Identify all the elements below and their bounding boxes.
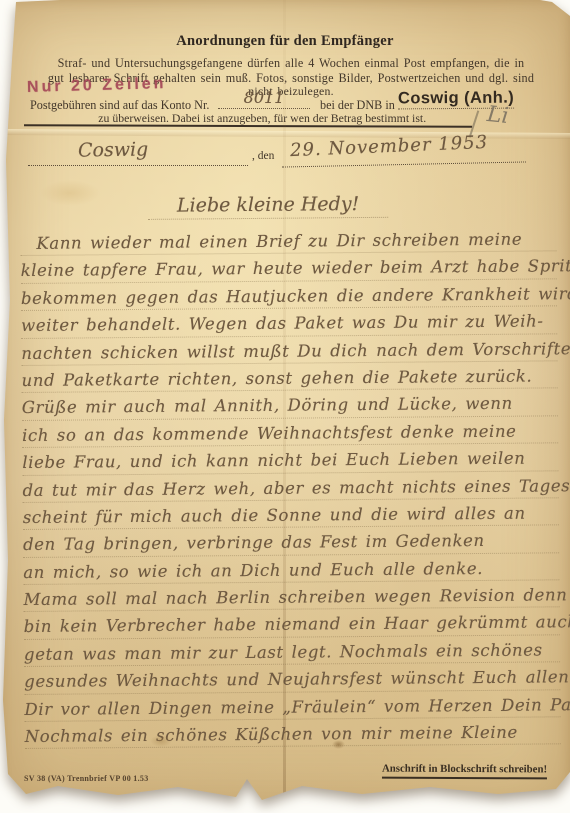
paper-stain bbox=[332, 740, 345, 749]
handwritten-line: gesundes Weihnachts und Neujahrsfest wün… bbox=[24, 663, 560, 695]
dateline-date-rule bbox=[282, 160, 526, 167]
account-number-handwritten: 8011 bbox=[218, 88, 310, 109]
handwritten-line: Grüße mir auch mal Annith, Döring und Lü… bbox=[22, 389, 558, 421]
dateline-place-handwritten: Coswig bbox=[78, 138, 149, 161]
scan-background: Anordnungen für den Empfänger Straf- und… bbox=[0, 0, 570, 813]
handwritten-line: Nochmals ein schönes Küßchen von mir mei… bbox=[25, 717, 561, 749]
handwritten-line: kleine tapfere Frau, war heute wieder be… bbox=[21, 252, 557, 284]
pencil-note: Li bbox=[486, 102, 510, 129]
handwritten-line: weiter behandelt. Wegen das Paket was Du… bbox=[21, 306, 557, 338]
paper-stain bbox=[40, 180, 100, 206]
letter-lines: Kann wieder mal einen Brief zu Dir schre… bbox=[20, 224, 561, 749]
dateline-place-rule bbox=[28, 164, 248, 166]
dateline-den-label: , den bbox=[252, 150, 274, 162]
letter-salutation: Liebe kleine Hedy! bbox=[148, 193, 388, 220]
handwritten-line: liebe Frau, und ich kann nicht bei Euch … bbox=[22, 443, 558, 475]
paper-stain bbox=[150, 735, 172, 747]
block-letters-instruction: Anschrift in Blockschrift schreiben! bbox=[382, 763, 547, 780]
form-identifier: SV 38 (VA) Trennbrief VP 00 1.53 bbox=[24, 774, 149, 783]
handwritten-line: den Tag bringen, verbringe das Fest im G… bbox=[23, 526, 559, 558]
handwritten-letter-body: Liebe kleine Hedy! Kann wieder mal einen… bbox=[20, 191, 561, 749]
scanned-letter-page: Anordnungen für den Empfänger Straf- und… bbox=[0, 0, 570, 813]
rules-text-line1: Straf- und Untersuchungsgefangene dürfen… bbox=[38, 56, 544, 71]
header-divider-rule bbox=[24, 124, 472, 128]
